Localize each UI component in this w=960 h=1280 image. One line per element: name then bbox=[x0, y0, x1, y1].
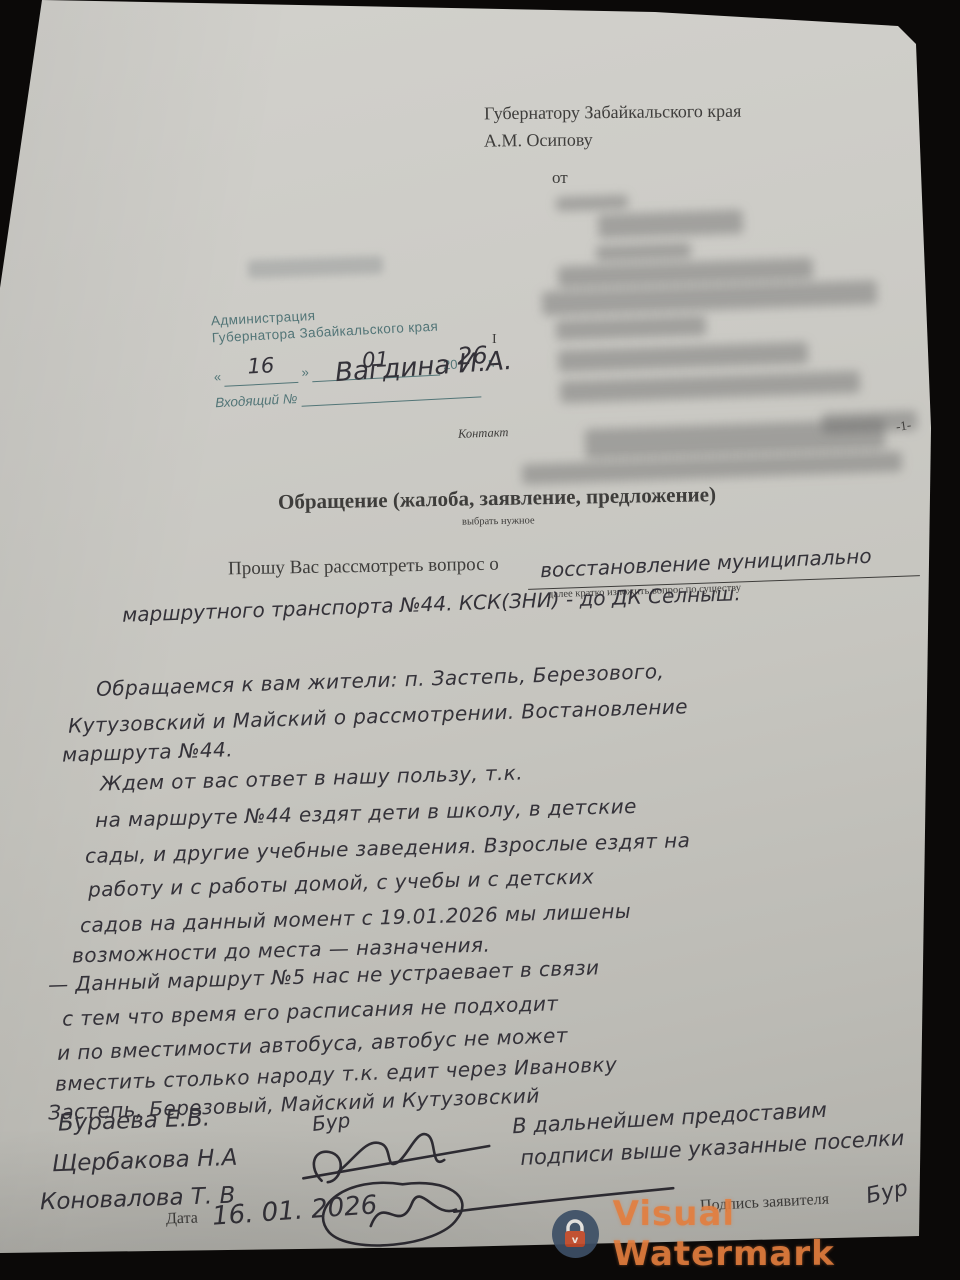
date-label: Дата bbox=[166, 1209, 198, 1228]
watermark-text: Visual Watermark bbox=[613, 1194, 960, 1274]
svg-text:v: v bbox=[572, 1235, 579, 1246]
recipient-line-2: А.М. Осипову bbox=[484, 129, 593, 151]
recipient-line-1: Губернатору Забайкальского края bbox=[484, 101, 742, 125]
redacted-line bbox=[596, 242, 692, 261]
incoming-label: Входящий № bbox=[215, 391, 298, 410]
signatory-name: Бураева Е.В. bbox=[58, 1105, 211, 1136]
page-mark: -1- bbox=[895, 417, 912, 435]
redacted-line bbox=[556, 195, 628, 212]
redacted-line bbox=[598, 209, 744, 238]
title-note: выбрать нужное bbox=[462, 515, 535, 527]
quote-open: « bbox=[214, 369, 222, 384]
request-prefix: Прошу Вас рассмотреть вопрос о bbox=[228, 554, 499, 581]
margin-mark: I bbox=[492, 332, 497, 348]
stamp-day-value: 16 bbox=[247, 353, 275, 378]
from-label: от bbox=[552, 168, 568, 188]
lock-icon: v bbox=[552, 1210, 599, 1258]
contact-label: Контакт bbox=[458, 425, 509, 442]
watermark: v Visual Watermark bbox=[552, 1194, 960, 1274]
stamp-day-underline: 16 bbox=[224, 358, 299, 387]
photo-of-document: Губернатору Забайкальского края А.М. Оси… bbox=[0, 0, 960, 1280]
quote-close: » bbox=[301, 364, 309, 379]
